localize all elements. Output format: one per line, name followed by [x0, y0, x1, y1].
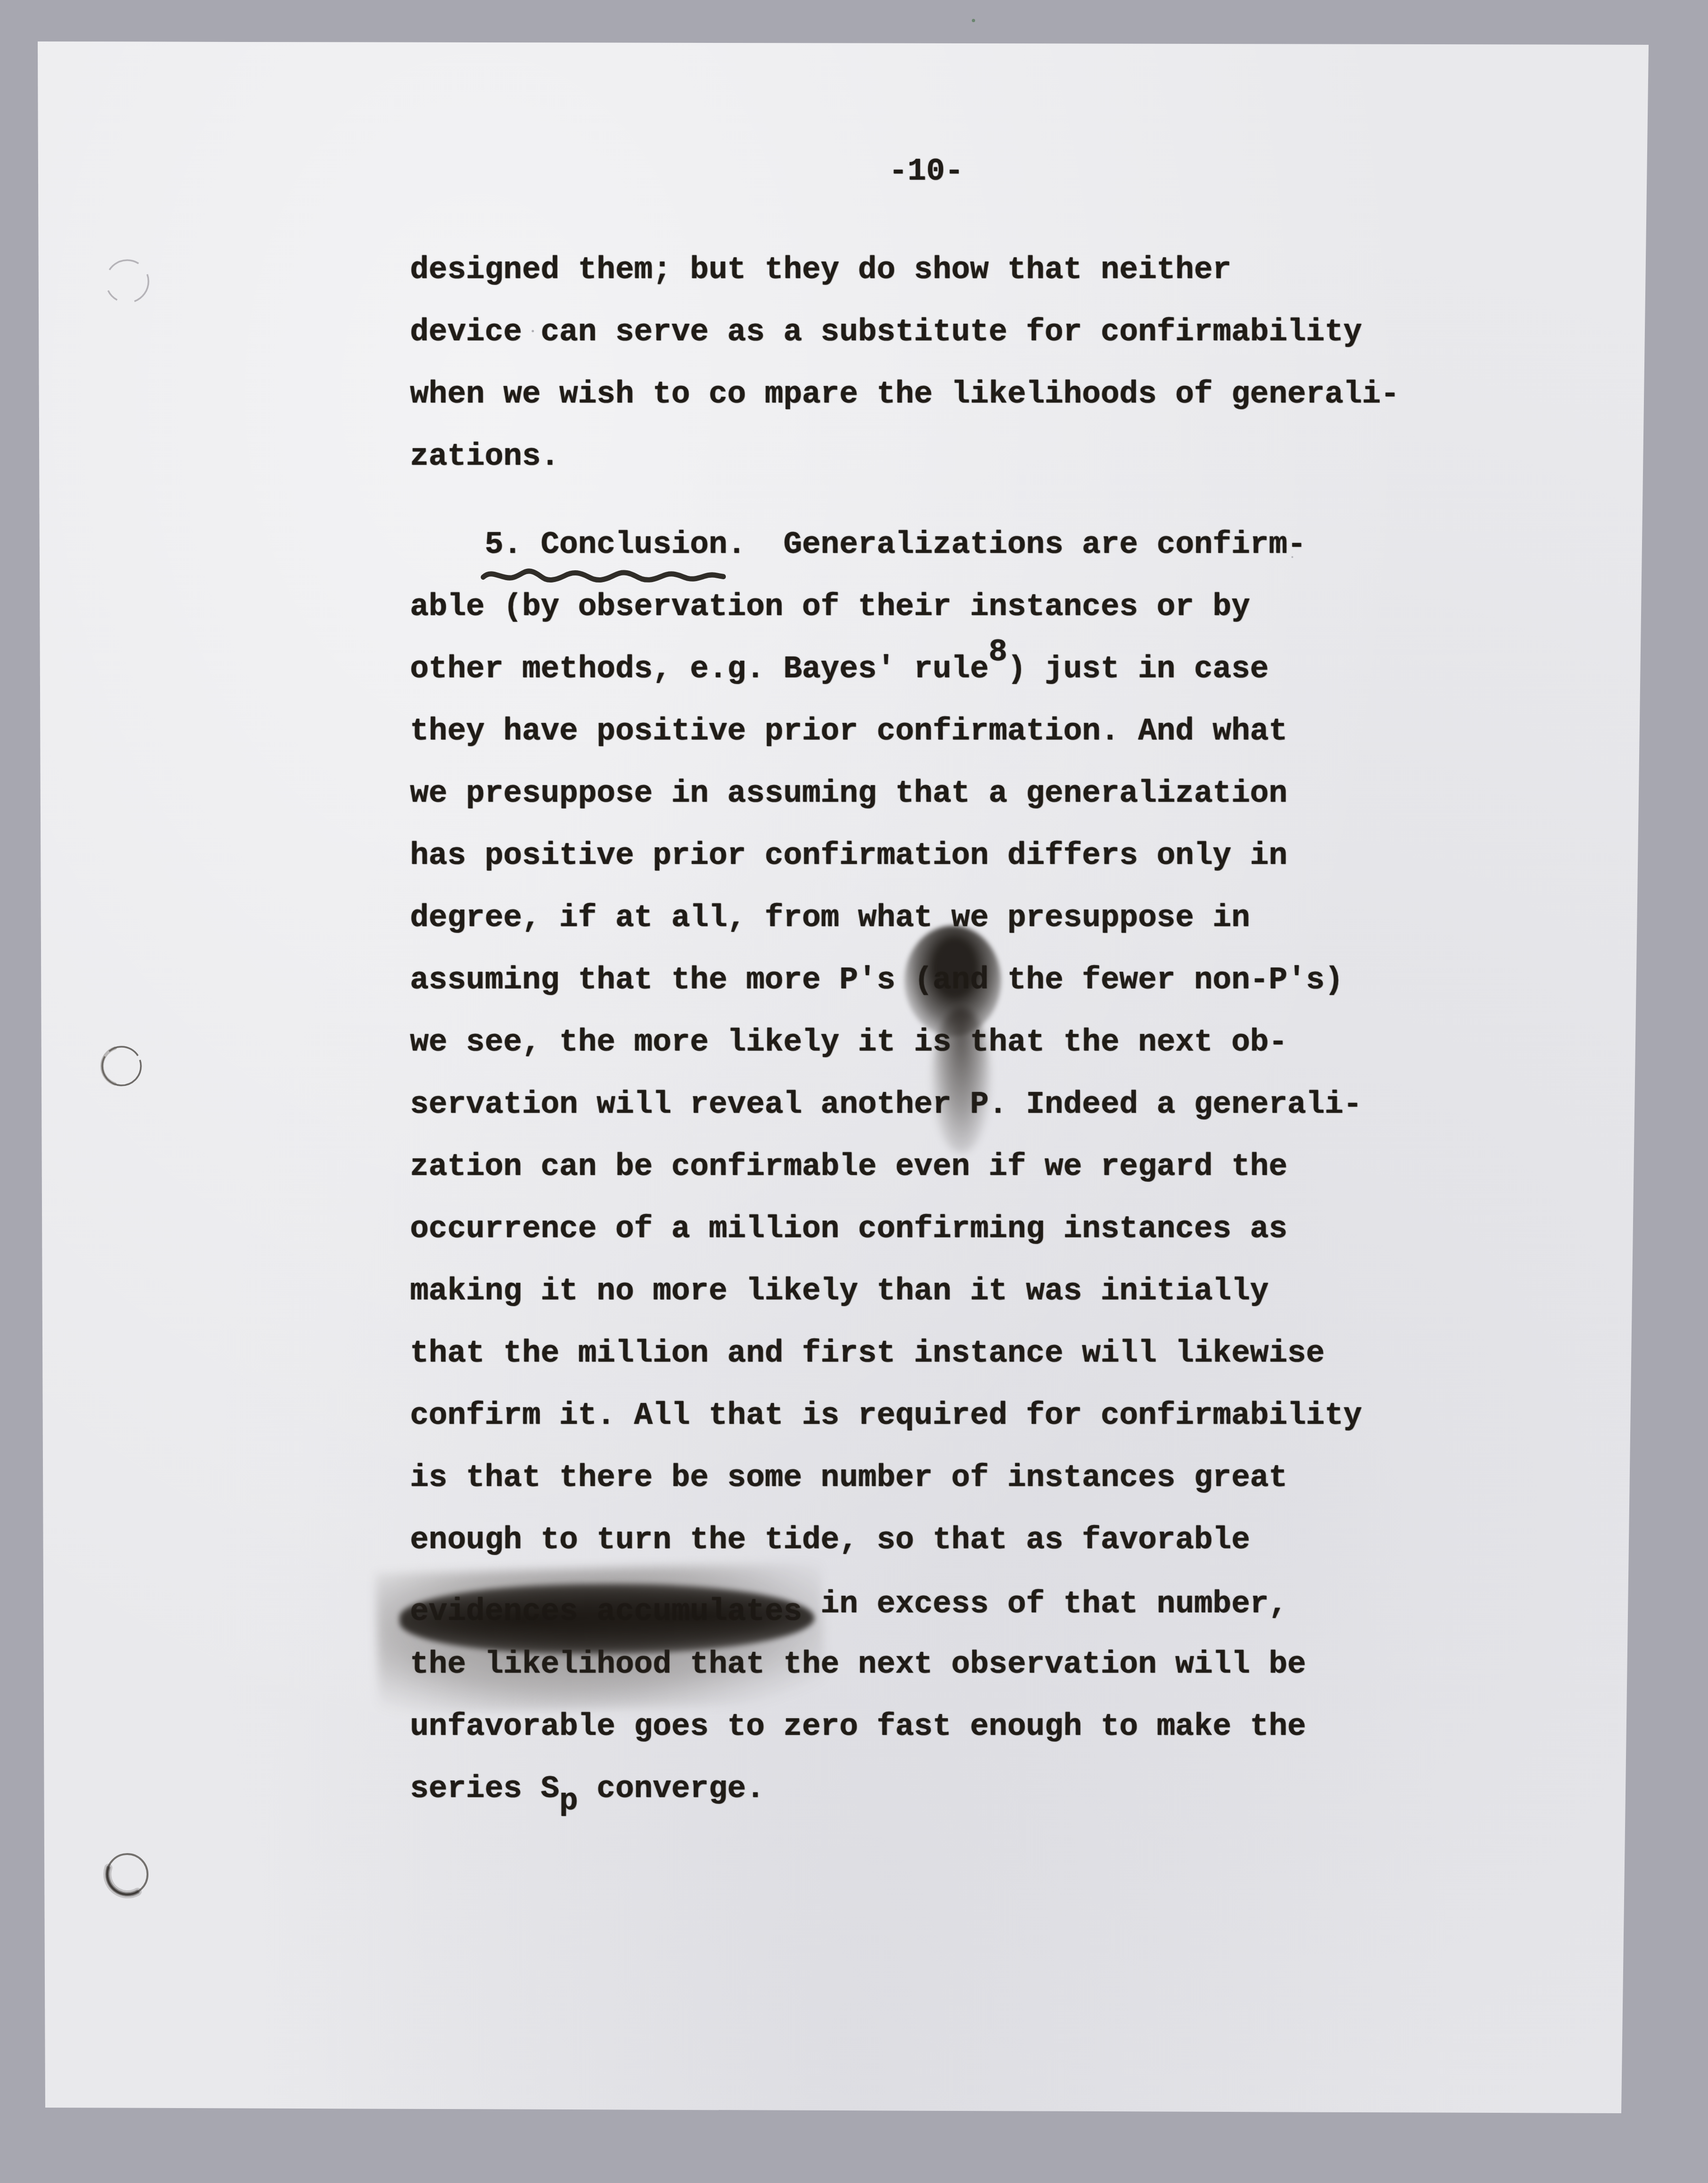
footnote-marker: 8: [989, 634, 1008, 670]
typed-line: occurrence of a million confirming insta…: [410, 1211, 1288, 1247]
punch-hole-middle: [102, 1047, 141, 1085]
typed-text: able (by observation of their instances …: [410, 589, 1250, 624]
typed-text: is that there be some number of instance…: [410, 1460, 1288, 1495]
section-heading: 5. Conclusion.: [484, 527, 746, 563]
typed-line: unfavorable goes to zero fast enough to …: [410, 1709, 1306, 1745]
typed-line: the likelihood that the next observation…: [410, 1647, 1306, 1682]
typed-text: other methods, e.g. Bayes' rule: [410, 651, 989, 687]
typed-text: degree, if at all, from what we presuppo…: [410, 900, 1250, 936]
page-number: -10-: [889, 154, 963, 189]
punch-hole-bottom: [107, 1854, 148, 1895]
punch-hole-top: [106, 260, 148, 303]
typed-text: servation will reveal another P. Indeed …: [410, 1087, 1362, 1122]
photo-background: -10- designed them; but they do show tha…: [0, 0, 1708, 2183]
typed-line: 5. Conclusion. Generalizations are confi…: [410, 527, 1306, 563]
typed-text: converge.: [578, 1771, 764, 1806]
typed-line: is that there be some number of instance…: [410, 1460, 1288, 1496]
typed-line: making it no more likely than it was ini…: [410, 1273, 1269, 1309]
typed-text: we presuppose in assuming that a general…: [410, 776, 1288, 811]
typed-line: zations.: [410, 439, 559, 475]
typed-text: the likelihood that the next observation…: [410, 1647, 1306, 1682]
typed-text: zations.: [410, 439, 559, 474]
typed-text: enough to turn the tide, so that as favo…: [410, 1522, 1250, 1558]
typed-line: we see, the more likely it is that the n…: [410, 1025, 1288, 1060]
typed-text: when we wish to co mpare the likelihoods…: [410, 377, 1399, 412]
typed-line: has positive prior confirmation differs …: [410, 838, 1288, 874]
typed-text: [410, 527, 484, 562]
typed-line: they have positive prior confirmation. A…: [410, 714, 1288, 749]
typed-line: able (by observation of their instances …: [410, 589, 1250, 625]
typed-line: when we wish to co mpare the likelihoods…: [410, 377, 1399, 412]
typed-line: that the million and first instance will…: [410, 1336, 1325, 1371]
typed-line: designed them; but they do show that nei…: [410, 252, 1232, 288]
typed-text: has positive prior confirmation differs …: [410, 838, 1288, 873]
typed-text: unfavorable goes to zero fast enough to …: [410, 1709, 1306, 1744]
typed-line: we presuppose in assuming that a general…: [410, 776, 1288, 812]
typed-text: series S: [410, 1771, 559, 1806]
ink-blot: (and: [914, 962, 988, 998]
typed-line: servation will reveal another P. Indeed …: [410, 1087, 1362, 1123]
typed-text: the fewer non-P's): [989, 962, 1344, 998]
typed-text: we see, the more likely it is that the n…: [410, 1025, 1288, 1060]
typed-line: zation can be confirmable even if we reg…: [410, 1149, 1288, 1185]
typed-text: occurrence of a million confirming insta…: [410, 1211, 1288, 1247]
typed-line: assuming that the more P's (and the fewe…: [410, 962, 1343, 998]
subscript-p: p: [559, 1783, 578, 1819]
scribbled-out-words: evidences accumulates: [410, 1594, 802, 1629]
typed-text: making it no more likely than it was ini…: [410, 1273, 1269, 1309]
typed-line: device can serve as a substitute for con…: [410, 314, 1362, 350]
typed-text: designed them; but they do show that nei…: [410, 252, 1232, 287]
typed-text: assuming that the more P's: [410, 962, 914, 998]
typed-text: device can serve as a substitute for con…: [410, 314, 1362, 350]
typed-line: degree, if at all, from what we presuppo…: [410, 900, 1250, 936]
wavy-underline: [481, 565, 750, 583]
typed-text: they have positive prior confirmation. A…: [410, 714, 1288, 749]
typed-text: confirm it. All that is required for con…: [410, 1398, 1362, 1433]
typed-line: evidences accumulates in excess of that …: [410, 1586, 1288, 1622]
typed-text: in excess of that number,: [802, 1586, 1288, 1622]
typed-line: confirm it. All that is required for con…: [410, 1398, 1362, 1434]
typed-text: zation can be confirmable even if we reg…: [410, 1149, 1288, 1184]
typed-text: Generalizations are confirm-: [746, 527, 1306, 562]
typed-line: other methods, e.g. Bayes' rule8) just i…: [410, 651, 1269, 687]
document-page: -10- designed them; but they do show tha…: [0, 0, 1708, 2183]
dust-speck: [972, 19, 975, 22]
typed-line: enough to turn the tide, so that as favo…: [410, 1522, 1250, 1558]
typed-text: ) just in case: [1007, 651, 1269, 687]
typed-line: series Sp converge.: [410, 1771, 765, 1807]
typed-text: that the million and first instance will…: [410, 1336, 1325, 1371]
